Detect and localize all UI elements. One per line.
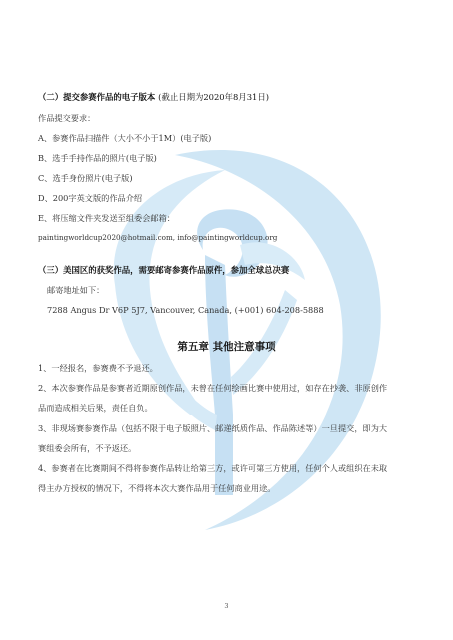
section-2-heading: （二）提交参赛作品的电子版本 (截止日期为2020年8月31日) <box>38 93 269 101</box>
note-line-1: 1、一经报名，参赛费不予退还。 <box>38 364 158 372</box>
note-line-4-cont: 得主办方授权的情况下，不得将本次大赛作品用于任何商业用途。 <box>38 484 275 492</box>
section-2-deadline: (截止日期为2020年8月31日) <box>158 92 269 102</box>
note-line-3-cont: 赛组委会所有，不予返还。 <box>38 444 136 452</box>
note-line-2: 2、本次参赛作品是参赛者近期原创作品，未曾在任何绘画比赛中使用过，如存在抄袭、非… <box>38 384 387 392</box>
requirement-item-b: B、选手手持作品的照片(电子版) <box>38 154 157 162</box>
note-line-2-cont: 品而造成相关后果，责任自负。 <box>38 404 153 412</box>
submission-requirements-label: 作品提交要求： <box>38 114 95 122</box>
section-2-title: （二）提交参赛作品的电子版本 <box>38 92 155 102</box>
mailing-address: 7288 Angus Dr V6P 5J7, Vancouver, Canada… <box>47 306 324 314</box>
requirement-item-e: E、将压缩文件夹发送至组委会邮箱： <box>38 214 175 222</box>
mailing-address-label: 邮寄地址如下： <box>47 286 104 294</box>
requirement-item-c: C、选手身份照片(电子版) <box>38 174 133 182</box>
requirement-item-d: D、200字英文版的作品介绍 <box>38 194 142 202</box>
page-number: 3 <box>0 603 453 610</box>
chapter-5-title: 第五章 其他注意事项 <box>0 342 453 353</box>
section-3-heading: （三）美国区的获奖作品，需要邮寄参赛作品原件，参加全球总决赛 <box>38 266 289 274</box>
requirement-item-a: A、参赛作品扫描件（大小不小于1M）(电子版) <box>38 134 211 142</box>
note-line-3: 3、非现场赛参赛作品（包括不限于电子版照片、邮递纸质作品、作品陈述等）一旦提交，… <box>38 424 387 432</box>
submission-emails[interactable]: paintingworldcup2020@hotmail.com, info@p… <box>38 234 277 241</box>
document-page: （二）提交参赛作品的电子版本 (截止日期为2020年8月31日) 作品提交要求：… <box>0 0 453 640</box>
note-line-4: 4、参赛者在比赛期间不得将参赛作品转让给第三方，或许可第三方使用，任何个人或组织… <box>38 464 387 472</box>
